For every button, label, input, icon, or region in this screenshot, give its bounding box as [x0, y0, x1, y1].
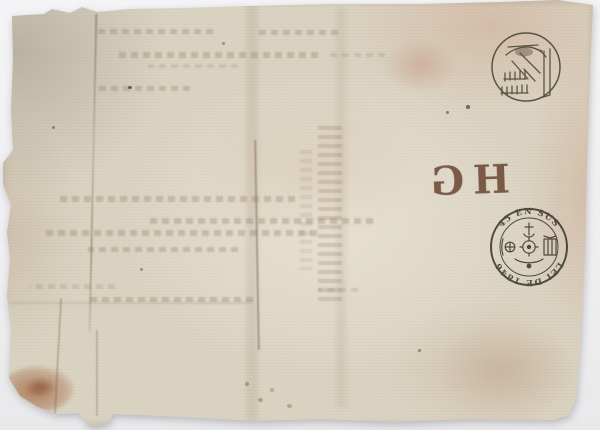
revenue-seal-stamp: 45 EN SUS LEI DE 1846 — [487, 205, 571, 289]
showthrough-text-line — [258, 30, 338, 35]
showthrough-text-line — [148, 64, 238, 68]
foxing-speck — [245, 382, 249, 386]
showthrough-text-line — [148, 218, 373, 224]
foxing-speck — [258, 398, 263, 402]
seal-arc-text-top: 45 EN SUS — [497, 207, 561, 230]
seal-arc-text-bottom: LEI DE 1846 — [493, 260, 564, 287]
showthrough-text-line — [330, 53, 385, 57]
photo-background: HG — [0, 0, 600, 430]
fold-crease-center-band — [246, 4, 258, 420]
ink-speck — [446, 111, 449, 114]
ink-speck — [128, 86, 132, 89]
fold-crease-left — [89, 14, 98, 332]
stain-near-stamp — [384, 40, 456, 92]
ink-speck — [466, 105, 470, 109]
showthrough-text-line — [88, 247, 238, 252]
stain-bottom-left — [2, 366, 74, 412]
ink-speck — [52, 126, 55, 129]
ink-speck — [222, 42, 225, 45]
handstamp-initials-hg: HG — [419, 154, 511, 209]
fold-crease-horizontal — [10, 302, 252, 304]
foxing-speck — [287, 404, 292, 408]
seal-center-motif — [502, 223, 556, 268]
vignette-engraving — [501, 45, 550, 98]
showthrough-text-column — [300, 150, 312, 270]
fold-crease-left-lower — [96, 330, 98, 416]
ink-speck — [418, 349, 421, 352]
showthrough-text-column — [318, 126, 342, 301]
fold-crease-center — [254, 140, 259, 350]
showthrough-text-line — [55, 196, 295, 202]
showthrough-text-line — [318, 288, 358, 292]
document-paper-verso: HG — [0, 0, 600, 430]
fold-crease-right-band — [336, 8, 346, 408]
foxing-speck — [270, 388, 274, 392]
showthrough-text-line — [88, 297, 253, 302]
showthrough-text-line — [30, 284, 115, 289]
vignette-stamp — [489, 30, 563, 104]
paper-wrap: HG — [0, 0, 600, 430]
paper-edge-shading — [0, 0, 600, 430]
stain-center — [200, 90, 420, 250]
showthrough-text-line — [95, 86, 190, 91]
showthrough-text-line — [95, 29, 213, 34]
stain-bottom-right — [440, 325, 570, 417]
fold-crease-diagonal — [54, 298, 62, 414]
showthrough-text-line — [118, 52, 318, 58]
showthrough-text-line — [42, 230, 317, 236]
stain-bottom-left-dark — [26, 377, 56, 397]
ink-speck — [140, 268, 143, 271]
